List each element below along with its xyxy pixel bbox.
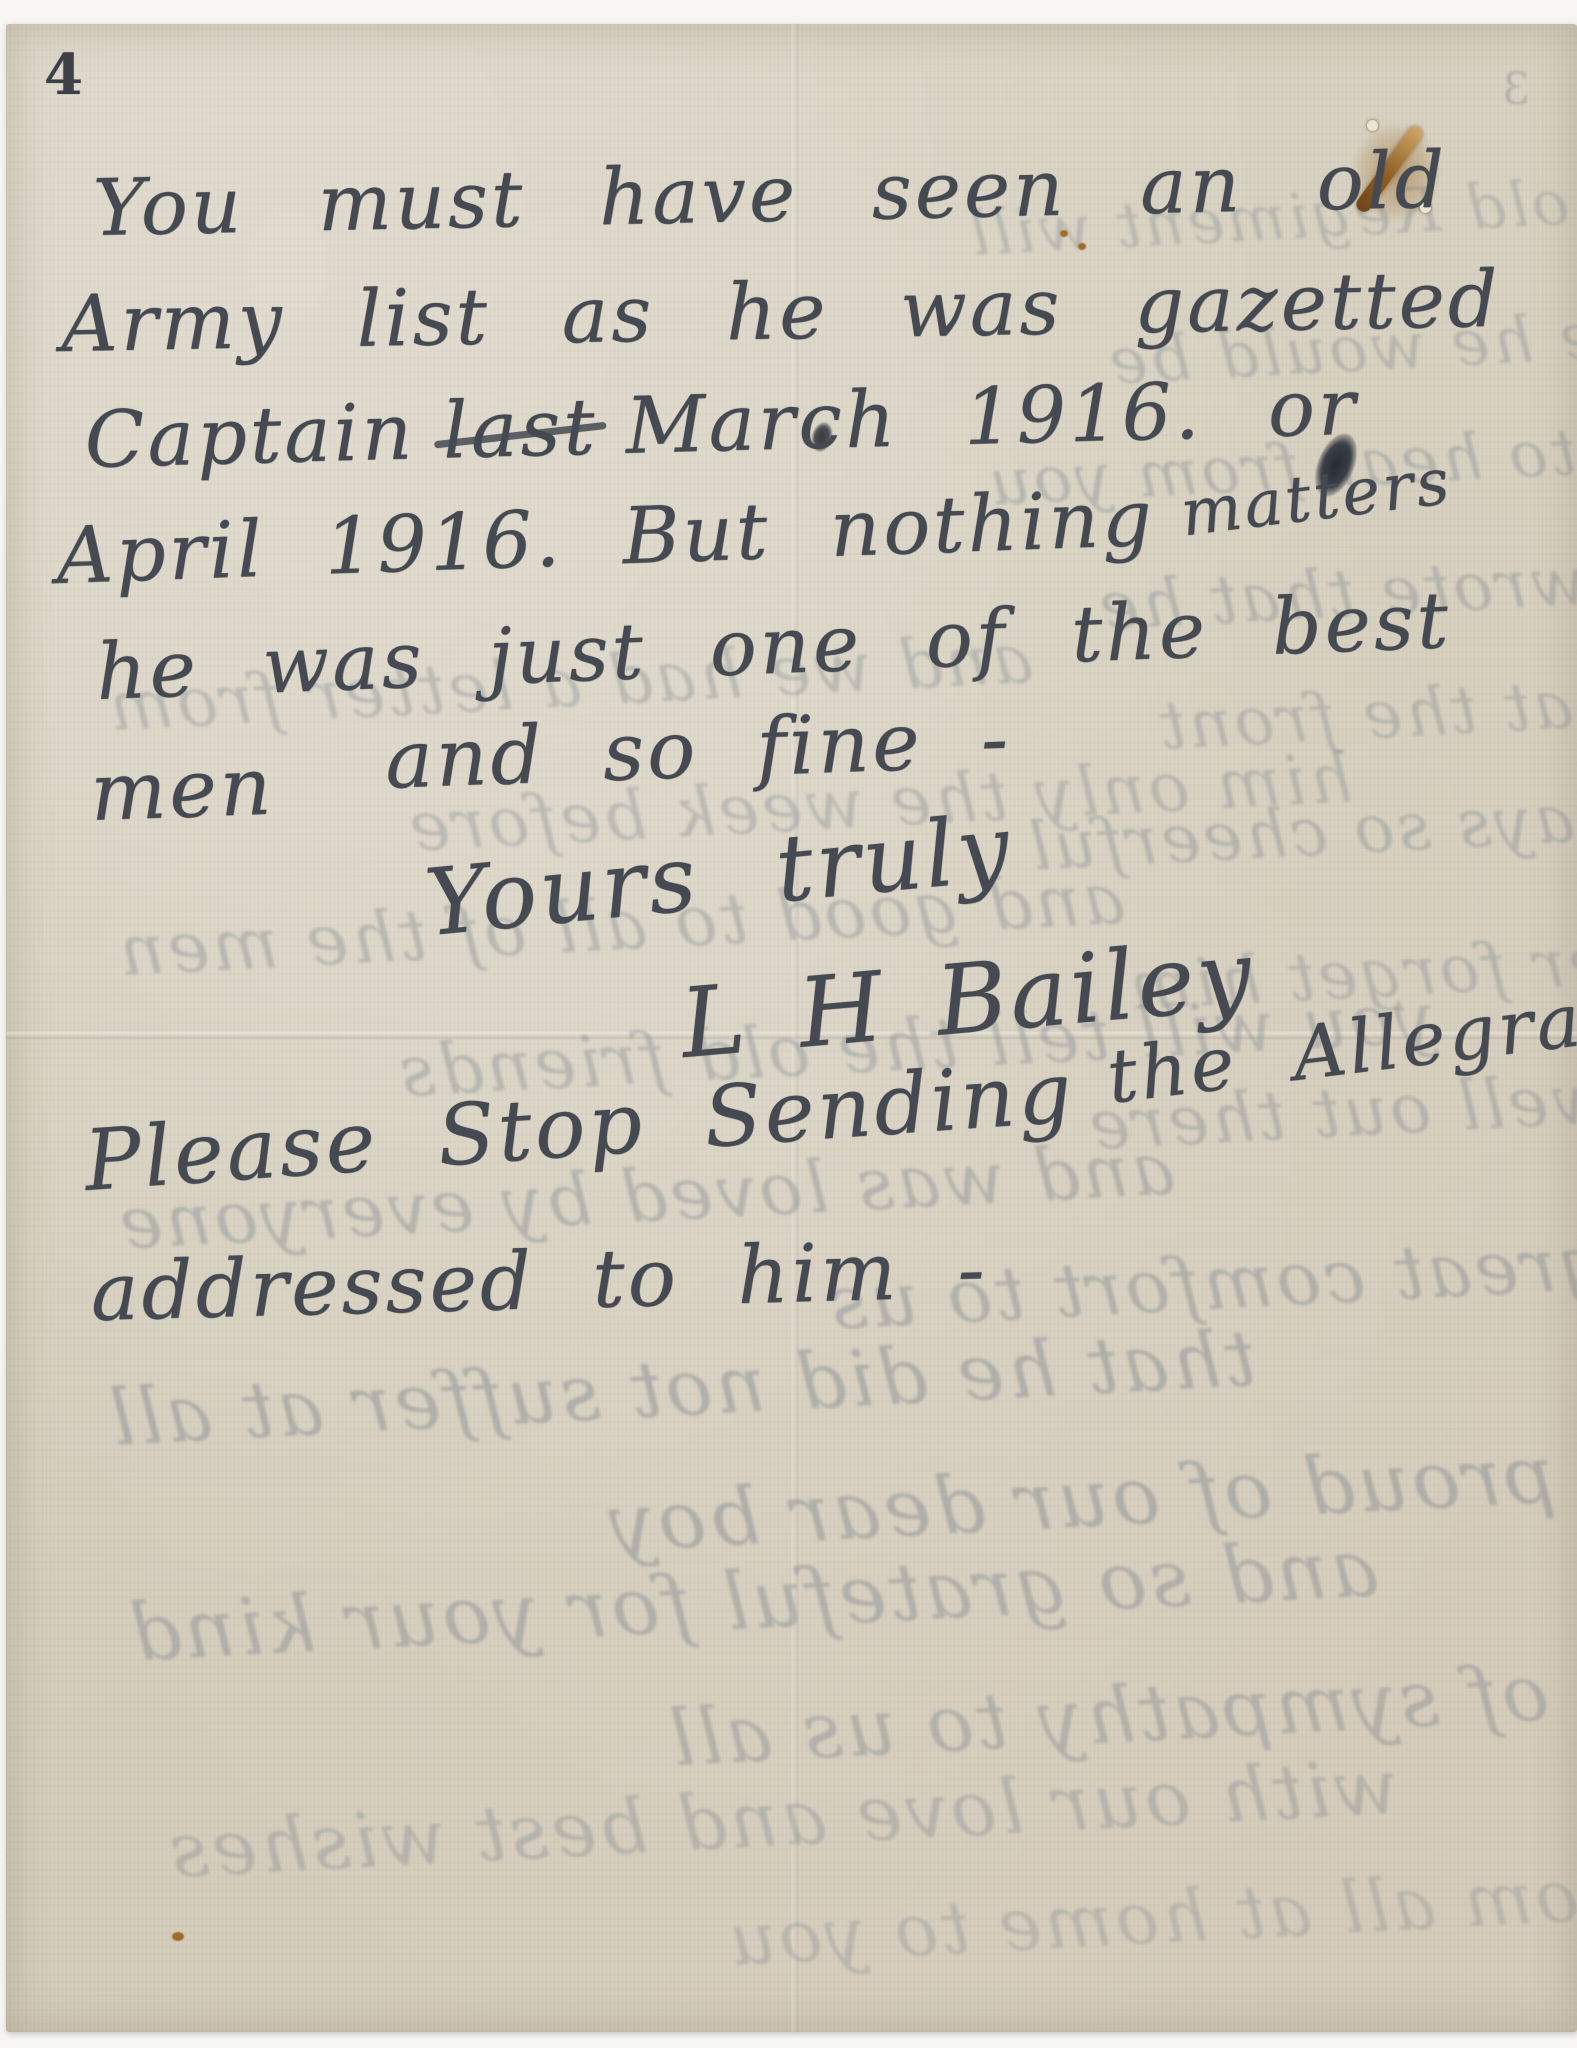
showthrough-line: from all at home to you	[724, 1850, 1577, 1982]
line-4-main: April 1916. But nothing	[55, 474, 1156, 602]
staple-end-dot	[1367, 120, 1378, 131]
crossed-out-word: last	[442, 383, 599, 477]
line-3-suffix: March 1916. or	[624, 363, 1359, 472]
rust-speck	[1078, 243, 1086, 250]
page-number: 4	[44, 42, 83, 108]
showthrough-page-number: 3	[1502, 64, 1530, 115]
line-6-word: men	[89, 740, 276, 839]
line-3-prefix: Captain	[84, 387, 416, 486]
rust-speck	[172, 1932, 184, 1941]
showthrough-line: that he did not suffer at all	[104, 1314, 1258, 1464]
letter-sheet: and the old Regiment will he told me he …	[6, 24, 1577, 2032]
